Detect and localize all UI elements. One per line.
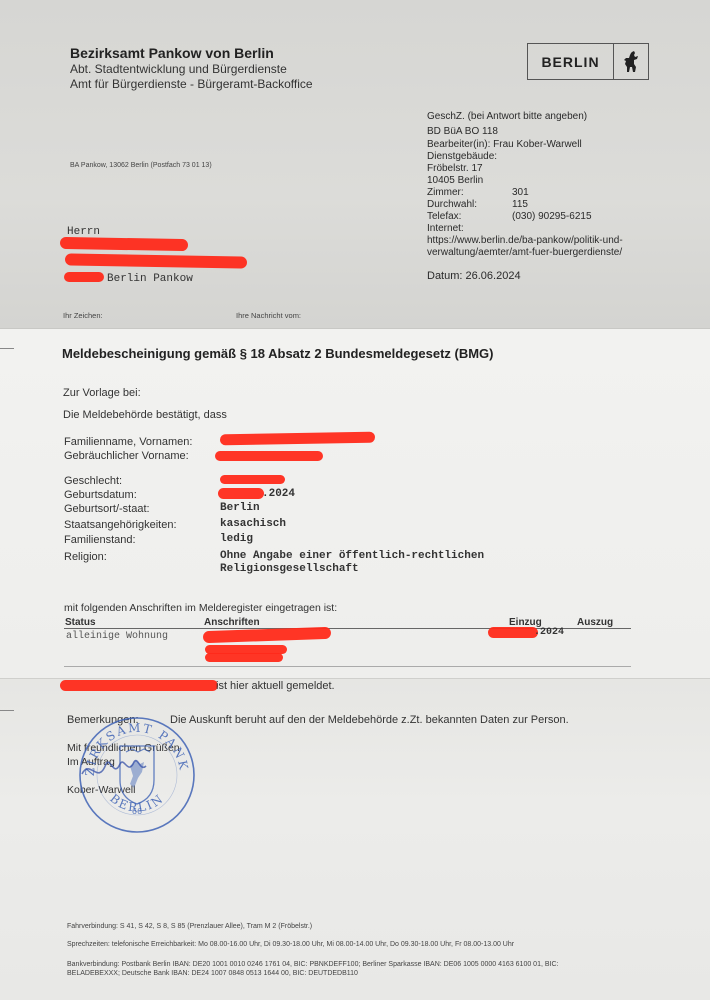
sender-return-address: BA Pankow, 13062 Berlin (Postfach 73 01 … [70, 162, 212, 169]
redaction-name [60, 237, 188, 251]
zimmer-value: 301 [512, 187, 529, 198]
row-status: alleinige Wohnung [66, 631, 168, 642]
telefax-value: (030) 90295-6215 [512, 211, 592, 222]
fold-mark-top [0, 348, 14, 349]
durchwahl-label: Durchwahl: [427, 199, 477, 211]
ihr-zeichen-label: Ihr Zeichen: [63, 311, 103, 320]
footer-bank-line1: Bankverbindung: Postbank Berlin IBAN: DE… [67, 961, 558, 968]
street: Fröbelstr. 17 [427, 163, 483, 175]
telefax-label: Telefax: [427, 211, 461, 223]
field-label-marital-status: Familienstand: [64, 534, 136, 546]
berlin-bear-icon [614, 44, 648, 79]
office-name: Amt für Bürgerdienste - Bürgeramt-Backof… [70, 77, 313, 91]
certificate-title: Meldebescheinigung gemäß § 18 Absatz 2 B… [62, 346, 494, 361]
website-link-line1[interactable]: https://www.berlin.de/ba-pankow/politik-… [427, 235, 623, 247]
redaction-gender [220, 475, 285, 484]
bemerkungen-text: Die Auskunft beruht auf den der Meldebeh… [170, 714, 569, 726]
bearbeiter: Bearbeiter(in): Frau Kober-Warwell [427, 139, 582, 151]
fold-mark-bottom [0, 710, 14, 711]
dienstgebaeude-label: Dienstgebäude: [427, 151, 497, 163]
footer-transport: Fahrverbindung: S 41, S 42, S 8, S 85 (P… [67, 923, 312, 930]
city: 10405 Berlin [427, 175, 483, 187]
field-label-nationality: Staatsangehörigkeiten: [64, 519, 177, 531]
recipient-city: Berlin Pankow [107, 273, 193, 285]
zimmer-label: Zimmer: [427, 187, 464, 199]
footer-office-hours: Sprechzeiten: telefonische Erreichbarkei… [67, 941, 514, 948]
intro-text: Die Meldebehörde bestätigt, dass [63, 409, 227, 421]
website-link-line2[interactable]: verwaltung/aemter/amt-fuer-buergerdienst… [427, 247, 622, 259]
department-name: Abt. Stadtentwicklung und Bürgerdienste [70, 62, 287, 76]
redaction-address-3 [205, 653, 283, 662]
footer-bank-line2: BELADEBEXXX; Deutsche Bank IBAN: DE24 10… [67, 970, 358, 977]
redaction-person-name [60, 680, 218, 691]
ihre-nachricht-label: Ihre Nachricht vom: [236, 311, 301, 320]
field-value-marital-status: ledig [220, 533, 253, 545]
table-header-status: Status [65, 617, 96, 628]
internet-label: Internet: [427, 223, 464, 235]
geschz-value: BD BüA BO 118 [427, 126, 498, 138]
table-bottom-rule [64, 666, 631, 667]
logo-text: BERLIN [528, 44, 614, 79]
geschz-label: GeschZ. (bei Antwort bitte angeben) [427, 111, 587, 123]
field-value-religion: Ohne Angabe einer öffentlich-rechtlichen [220, 550, 484, 562]
address-intro: mit folgenden Anschriften im Melderegist… [64, 602, 337, 614]
field-value-birthplace: Berlin [220, 502, 260, 514]
row-einzug: .2024 [534, 627, 564, 638]
table-header-auszug: Auszug [577, 617, 613, 628]
field-label-preferred-name: Gebräuchlicher Vorname: [64, 450, 189, 462]
field-label-name: Familienname, Vornamen: [64, 436, 192, 448]
redaction-postcode [64, 272, 104, 282]
field-label-birthplace: Geburtsort/-staat: [64, 503, 150, 515]
berlin-logo: BERLIN [527, 43, 649, 80]
field-value-religion-cont: Religionsgesellschaft [220, 563, 359, 575]
organization-name: Bezirksamt Pankow von Berlin [70, 45, 274, 61]
redaction-birthdate [218, 488, 264, 499]
official-stamp: BEZIRKSAMT PANKOW BERLIN 66 [78, 716, 196, 834]
durchwahl-value: 115 [512, 199, 528, 210]
letter-date: Datum: 26.06.2024 [427, 270, 521, 282]
field-value-nationality: kasachisch [220, 518, 286, 530]
field-label-birthdate: Geburtsdatum: [64, 489, 137, 501]
table-header-address: Anschriften [204, 617, 260, 628]
redaction-einzug [488, 627, 538, 638]
field-label-religion: Religion: [64, 551, 107, 563]
field-label-gender: Geschlecht: [64, 475, 122, 487]
field-value-birthdate: .2024 [262, 488, 295, 500]
vorlage-text: Zur Vorlage bei: [63, 387, 141, 399]
gemeldet-text: ist hier aktuell gemeldet. [216, 680, 335, 692]
stamp-number: 66 [132, 807, 142, 816]
redaction-preferred-name [215, 451, 323, 461]
